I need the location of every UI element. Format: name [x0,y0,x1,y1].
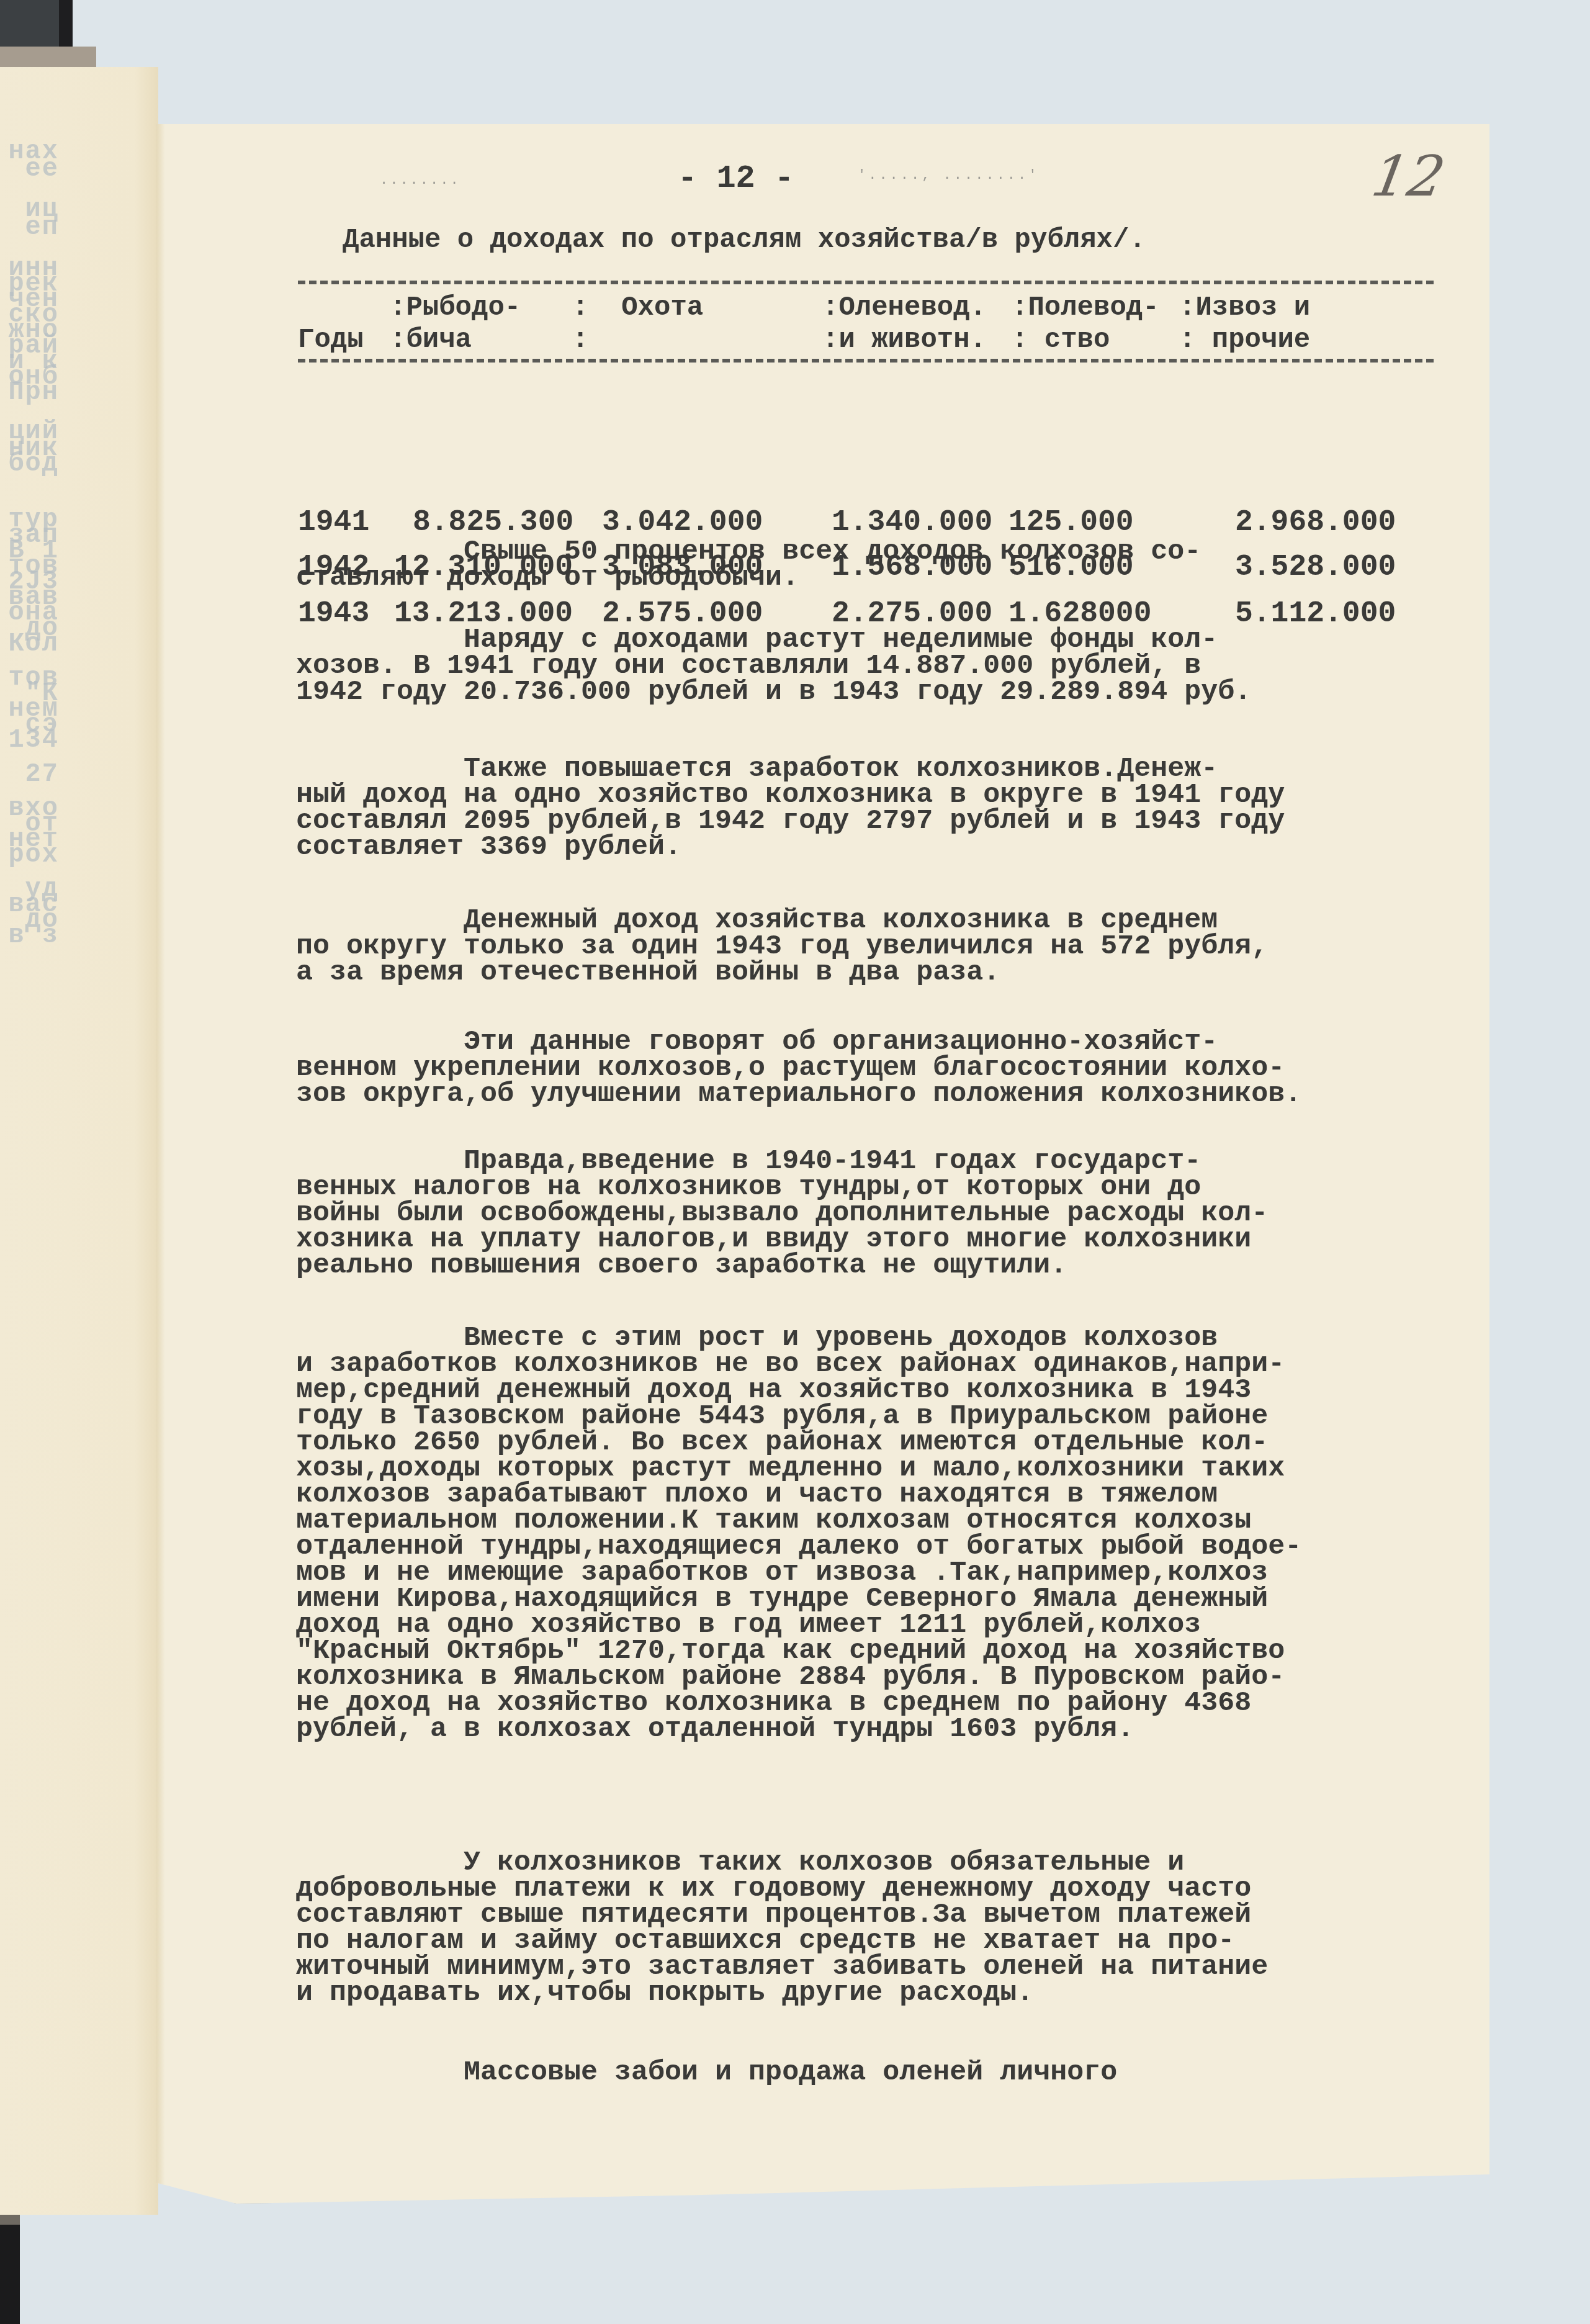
text-line: не доход на хозяйство колхозника в средн… [296,1690,1463,1716]
text-line: хозника на уплату налогов,и ввиду этого … [296,1227,1463,1253]
page-number: - 12 - [678,163,794,195]
text-line: житочный минимум,это заставляет забивать… [296,1954,1463,1980]
cell-hunting: 3.042.000 [602,508,763,538]
text-line: Свыше 50 процентов всех доходов колхозов… [296,539,1463,565]
left-page-text-fragment: ее [0,154,59,184]
text-line: реально повышения своего заработка не ощ… [296,1253,1463,1279]
column-header-transport: :Извоз и [1179,292,1310,324]
text-line: ный доход на одно хозяйство колхозника в… [296,782,1463,808]
text-line: венных налогов на колхозников тундры,от … [296,1174,1463,1200]
text-line: Правда,введение в 1940-1941 годах госуда… [296,1148,1463,1174]
column-header-reindeer: :Оленевод. [822,292,986,324]
paragraph-income-increase: Денежный доход хозяйства колхозника в ср… [296,908,1463,986]
text-line: и заработков колхозников не во всех райо… [296,1351,1463,1377]
paragraph-indivisible-funds: Наряду с доходами растут неделимые фонды… [296,627,1463,705]
left-page-text-fragment: рох [0,840,59,870]
text-line: колхозов зарабатывают плохо и часто нахо… [296,1482,1463,1508]
column-header-hunting: : Охота [572,292,703,324]
text-line: хозов. В 1941 году они составляли 14.887… [296,653,1463,679]
paragraph-taxes: Правда,введение в 1940-1941 годах госуда… [296,1148,1463,1279]
text-line: Массовые забои и продажа оленей личного [296,2060,1463,2086]
paragraph-fishing-share: Свыше 50 процентов всех доходов колхозов… [296,539,1463,591]
text-line: мер,средний денежный доход на хозяйство … [296,1377,1463,1403]
text-line: 1942 году 20.736.000 рублей и в 1943 год… [296,679,1463,705]
text-line: имени Кирова,находящийся в тундре Северн… [296,1586,1463,1612]
text-line: добровольные платежи к их годовому денеж… [296,1876,1463,1902]
cell-transport: 5.112.000 [1235,599,1396,629]
left-page-text-fragment: 134 [0,725,59,755]
cell-transport: 2.968.000 [1235,508,1396,538]
faint-archive-mark-right: '....., ........' [858,169,1039,182]
text-line: Также повышается заработок колхозников.Д… [296,756,1463,782]
left-page-text-fragment: бод [0,449,59,479]
text-line: венном укреплении колхозов,о растущем бл… [296,1055,1463,1081]
left-page-text-fragment: Кол [0,629,59,659]
text-line: и продавать их,чтобы покрыть другие расх… [296,1980,1463,2006]
text-line: хозы,доходы которых растут медленно и ма… [296,1456,1463,1482]
cell-field: 125.000 [1008,508,1134,538]
text-line: рублей, а в колхозах отдаленной тундры 1… [296,1716,1463,1742]
text-line: а за время отечественной войны в два раз… [296,960,1463,986]
text-line: по налогам и займу оставшихся средств не… [296,1928,1463,1954]
text-line: составлял 2095 рублей,в 1942 году 2797 р… [296,808,1463,834]
cell-year: 1941 [298,508,369,538]
text-line: "Красный Октябрь" 1270,тогда как средний… [296,1638,1463,1664]
text-line: У колхозников таких колхозов обязательны… [296,1850,1463,1876]
text-line: доход на одно хозяйство в год имеет 1211… [296,1612,1463,1638]
text-line: колхозника в Ямальском районе 2884 рубля… [296,1664,1463,1690]
text-line: зов округа,об улучшении материального по… [296,1081,1463,1107]
binding-cover-top [0,0,59,47]
paragraph-organizational-strengthening: Эти данные говорят об организационно-хоз… [296,1029,1463,1107]
paragraph-earnings-growth: Также повышается заработок колхозников.Д… [296,756,1463,860]
paragraph-regional-differences: Вместе с этим рост и уровень доходов кол… [296,1325,1463,1742]
binding-cover-bottom [0,2210,20,2324]
text-line: материальном положении.К таким колхозам … [296,1508,1463,1534]
text-line: ставляют доходы от рыбодобычи. [296,565,1463,591]
column-header-transport-line2: : прочие [1179,324,1310,356]
text-line: мов и не имеющие заработков от извоза .Т… [296,1560,1463,1586]
table-title: Данные о доходах по отраслям хозяйства/в… [343,227,1146,254]
text-line: отдаленной тундры,находящиеся далеко от … [296,1534,1463,1560]
column-header-fishing-line2: :бича [390,324,472,356]
text-line: войны были освобождены,вызвало дополните… [296,1200,1463,1227]
text-line: Эти данные говорят об организационно-хоз… [296,1029,1463,1055]
left-page-text-fragment: в з [0,921,59,950]
text-line: только 2650 рублей. Во всех районах имею… [296,1430,1463,1456]
cell-reindeer: 1.340.000 [832,508,992,538]
table-header-rule [298,359,1434,363]
document-page: ........ - 12 - '....., ........' 12 Дан… [156,124,1489,2204]
column-header-fishing: :Рыбодо- [390,292,521,324]
handwritten-folio-number: 12 [1368,149,1449,205]
column-header-field-line2: : ство [1012,324,1110,356]
table-top-rule [298,281,1434,284]
text-line: по округу только за один 1943 год увелич… [296,934,1463,960]
column-header-years: Годы [298,324,364,356]
paragraph-mandatory-payments: У колхозников таких колхозов обязательны… [296,1850,1463,2006]
text-line: Наряду с доходами растут неделимые фонды… [296,627,1463,653]
text-line: году в Тазовском районе 5443 рубля,а в П… [296,1403,1463,1430]
binding-cloth-top [0,47,96,68]
cell-fishing: 8.825.300 [413,508,573,538]
left-page-text-fragment: Прн [0,377,59,407]
page-gutter-shadow [156,124,165,2204]
text-line: составляет 3369 рублей. [296,834,1463,860]
column-header-field: :Полевод- [1012,292,1159,324]
binding-edge-top [59,0,73,47]
previous-page-fragment: нах ее иц еп инн рек чен ско жно рай и к… [0,67,158,2215]
left-page-text-fragment: 27 [0,759,59,789]
text-line: составляют свыше пятидесяти процентов.За… [296,1902,1463,1928]
faint-archive-mark-left: ........ [380,174,460,187]
column-header-hunting-line2: : [572,324,588,356]
column-header-reindeer-line2: :и животн. [822,324,986,356]
paragraph-reindeer-slaughter: Массовые забои и продажа оленей личного [296,2060,1463,2086]
text-line: Денежный доход хозяйства колхозника в ср… [296,908,1463,934]
left-page-text-fragment: еп [0,212,59,242]
text-line: Вместе с этим рост и уровень доходов кол… [296,1325,1463,1351]
